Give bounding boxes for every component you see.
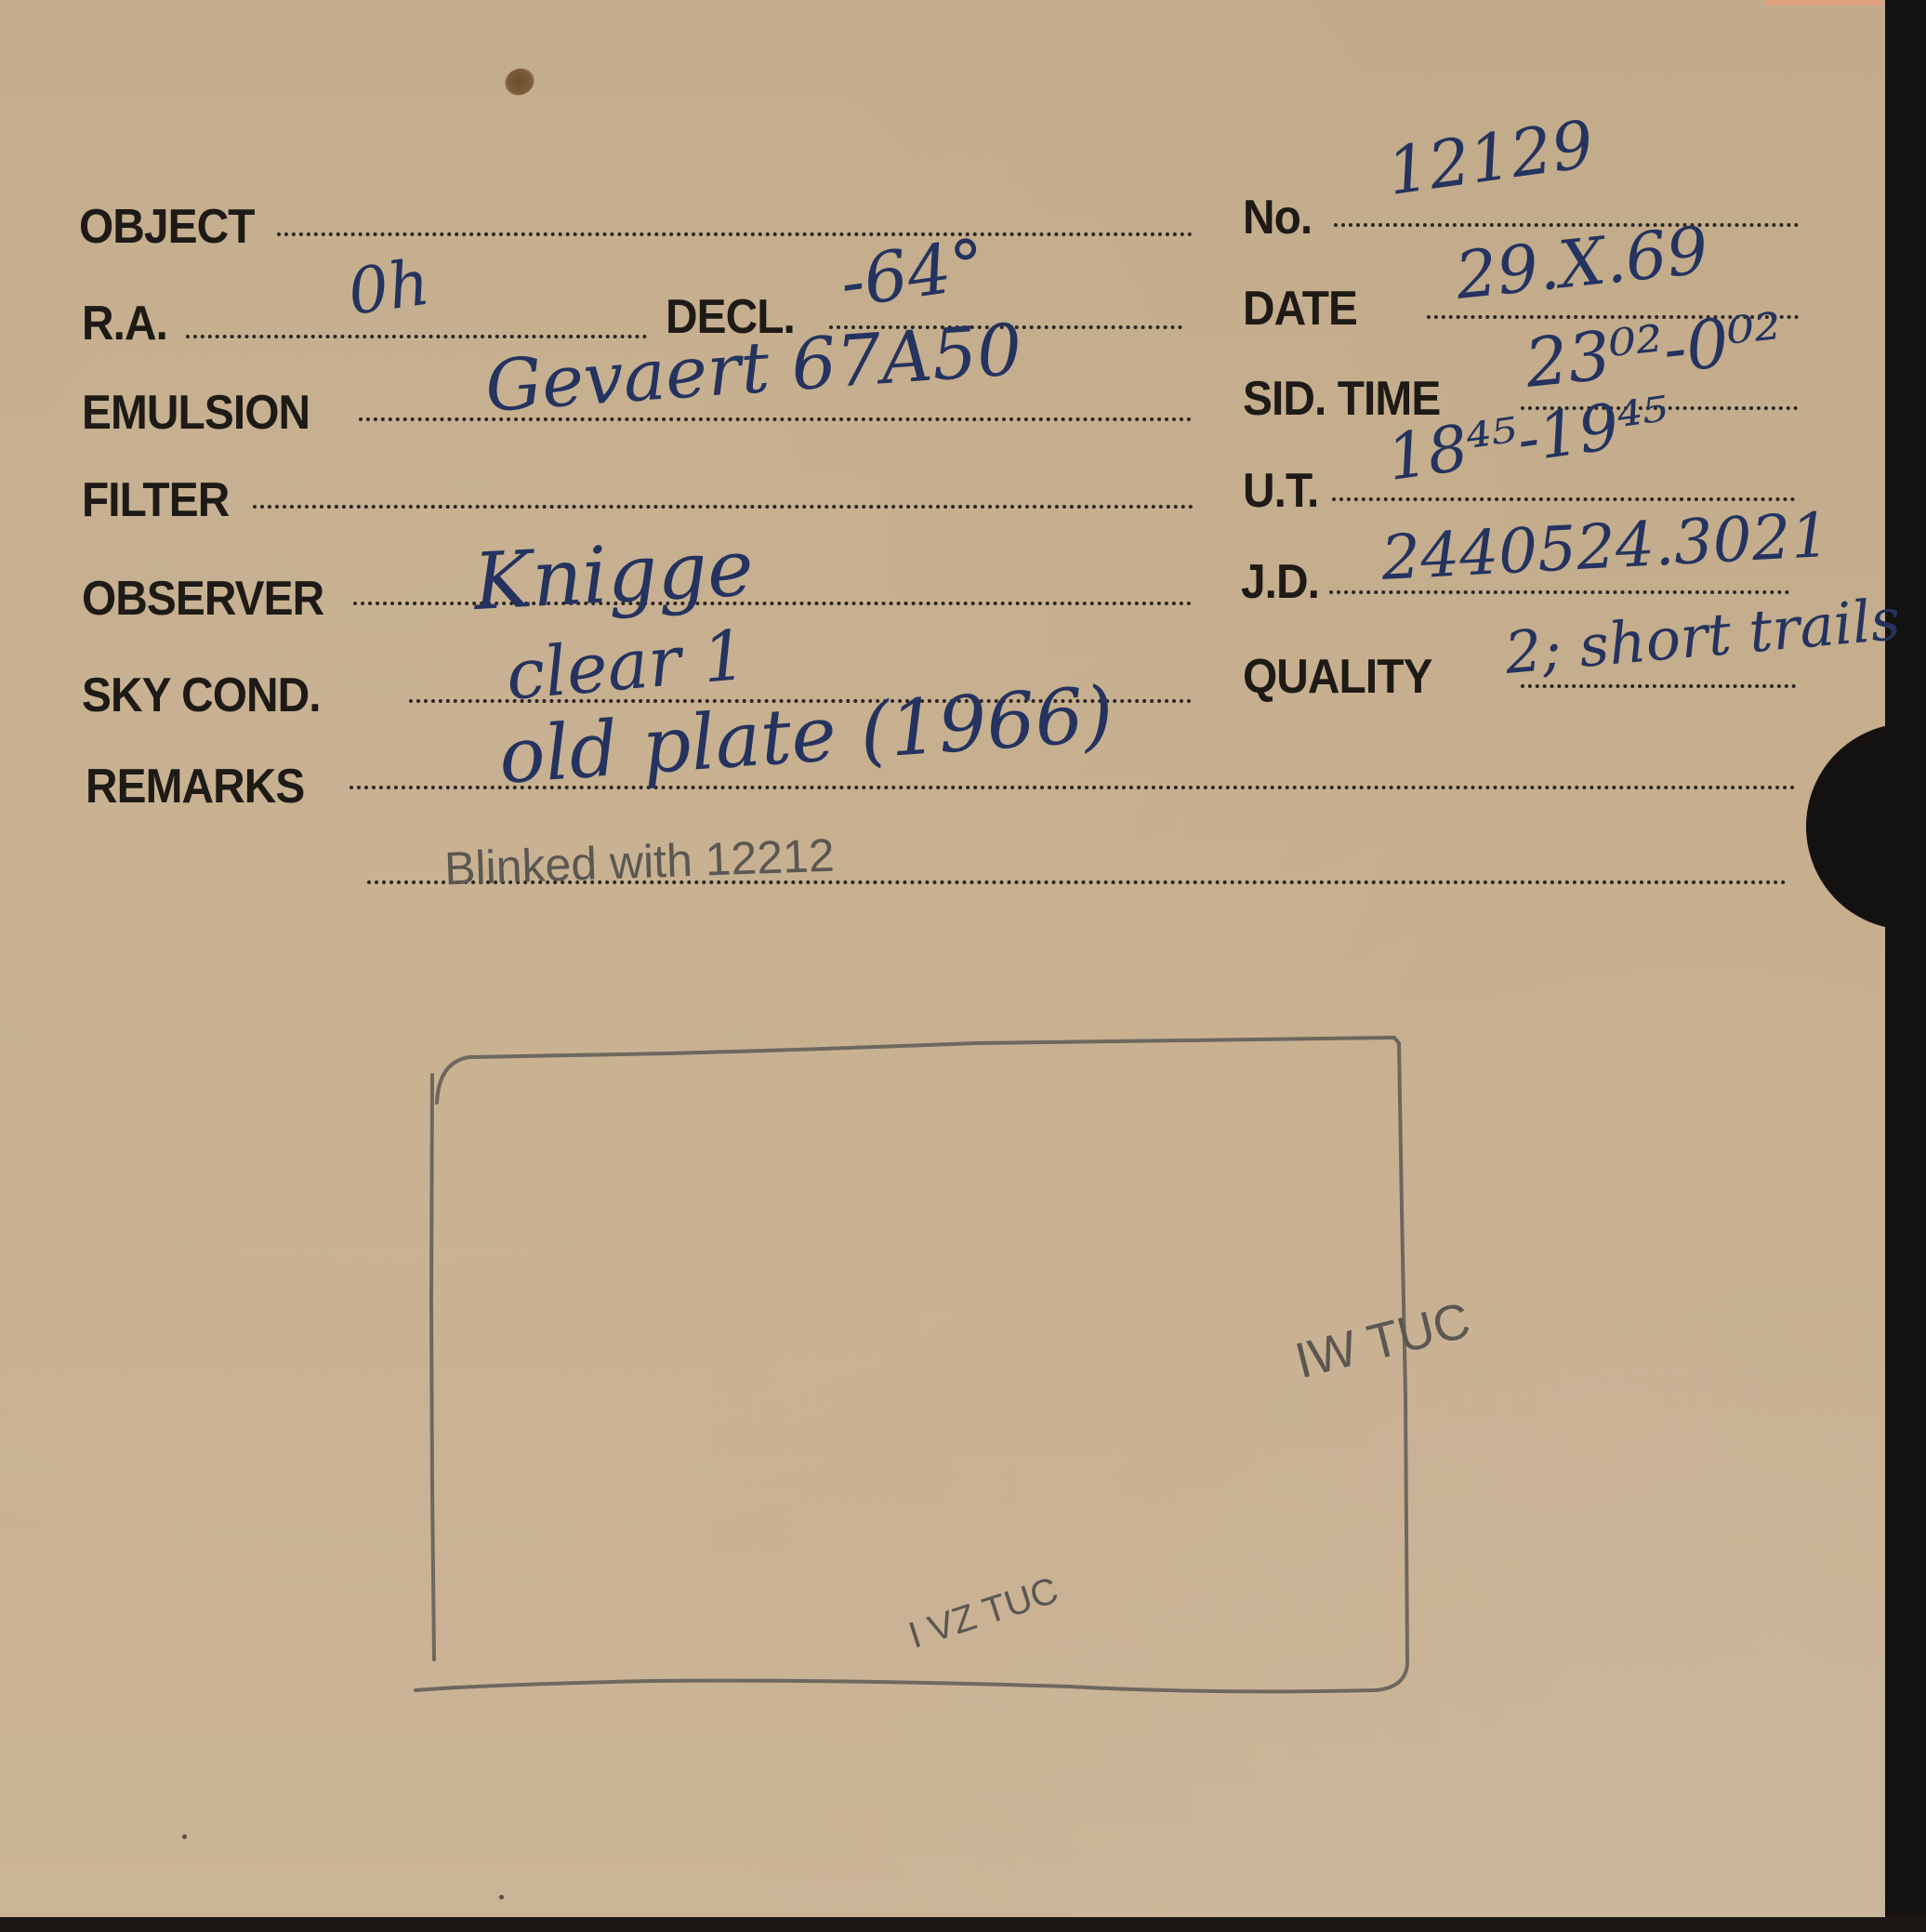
plate-outline-sketch xyxy=(0,0,1926,1932)
